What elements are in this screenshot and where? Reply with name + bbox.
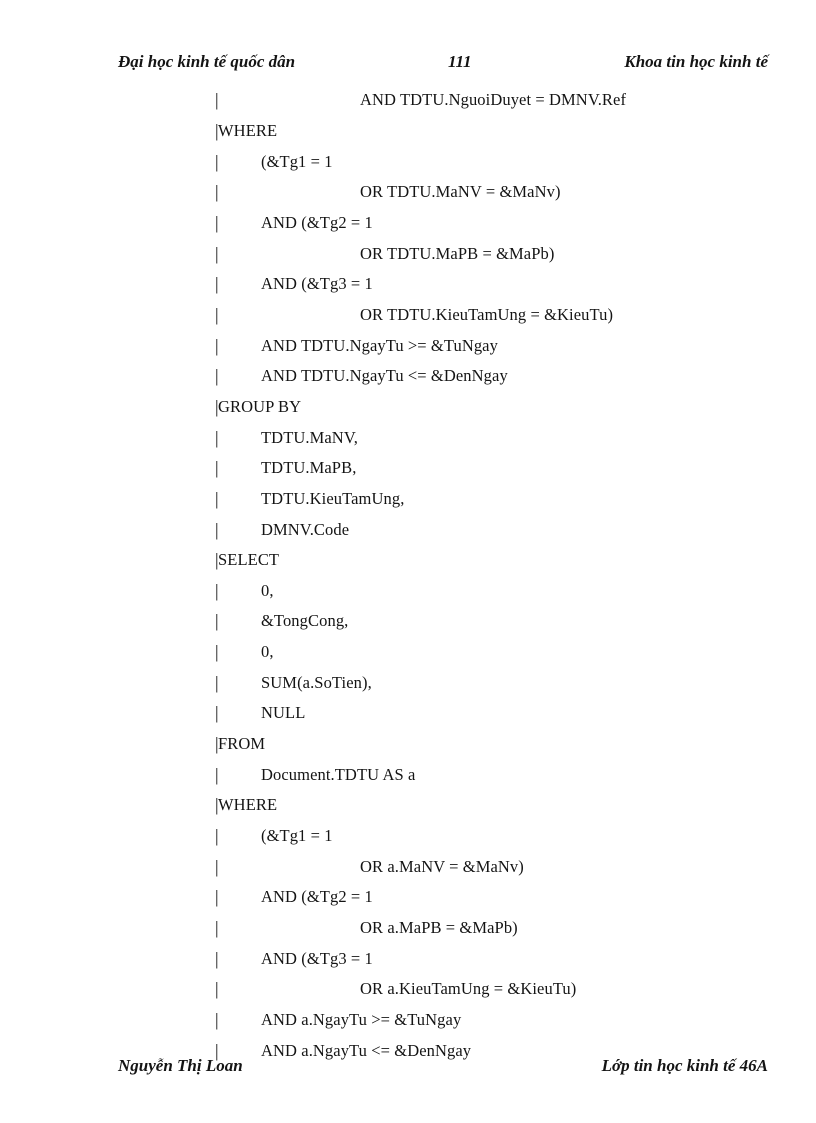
pipe-delimiter: | <box>215 1010 219 1031</box>
pipe-delimiter: | <box>215 366 219 387</box>
pipe-delimiter: | <box>215 458 219 479</box>
footer-class-name: Lớp tin học kinh tế 46A <box>602 1056 768 1076</box>
pipe-delimiter: | <box>215 243 219 264</box>
pipe-delimiter: | <box>215 826 219 847</box>
pipe-delimiter: | <box>215 427 219 448</box>
pipe-delimiter: | <box>215 212 219 233</box>
code-text: OR a.MaPB = &MaPb) <box>360 918 518 938</box>
code-text: AND a.NgayTu >= &TuNgay <box>261 1010 461 1030</box>
code-text: OR a.MaNV = &MaNv) <box>360 857 524 877</box>
header-institution: Đại học kinh tế quốc dân <box>118 52 295 72</box>
code-text: SUM(a.SoTien), <box>261 673 372 693</box>
page-header: Đại học kinh tế quốc dân 111 Khoa tin họ… <box>118 52 768 72</box>
code-text: (&Tg1 = 1 <box>261 152 333 172</box>
pipe-delimiter: | <box>215 703 219 724</box>
code-text: TDTU.MaPB, <box>261 458 356 478</box>
code-text: &TongCong, <box>261 611 348 631</box>
code-text: Document.TDTU AS a <box>261 765 415 785</box>
code-text: AND (&Tg3 = 1 <box>261 949 373 969</box>
pipe-delimiter: | <box>215 856 219 877</box>
pipe-delimiter: | <box>215 918 219 939</box>
code-text: AND TDTU.NgayTu >= &TuNgay <box>261 336 498 356</box>
pipe-delimiter: | <box>215 979 219 1000</box>
code-text: (&Tg1 = 1 <box>261 826 333 846</box>
code-text: AND (&Tg2 = 1 <box>261 213 373 233</box>
page-footer: Nguyễn Thị Loan Lớp tin học kinh tế 46A <box>118 1056 768 1076</box>
pipe-delimiter: | <box>215 948 219 969</box>
pipe-delimiter: | <box>215 182 219 203</box>
pipe-delimiter: | <box>215 611 219 632</box>
code-text: 0, <box>261 642 274 662</box>
page-number: 111 <box>448 52 472 72</box>
code-text: FROM <box>218 734 265 754</box>
code-text: WHERE <box>218 795 277 815</box>
code-text: OR TDTU.MaPB = &MaPb) <box>360 244 554 264</box>
code-text: GROUP BY <box>218 397 301 417</box>
document-page: Đại học kinh tế quốc dân 111 Khoa tin họ… <box>0 0 816 1123</box>
pipe-delimiter: | <box>215 519 219 540</box>
code-text: AND (&Tg2 = 1 <box>261 887 373 907</box>
footer-author-name: Nguyễn Thị Loan <box>118 1056 243 1076</box>
pipe-delimiter: | <box>215 672 219 693</box>
code-text: AND TDTU.NguoiDuyet = DMNV.Ref <box>360 90 626 110</box>
pipe-delimiter: | <box>215 304 219 325</box>
code-text: 0, <box>261 581 274 601</box>
code-text: OR TDTU.KieuTamUng = &KieuTu) <box>360 305 613 325</box>
pipe-delimiter: | <box>215 90 219 111</box>
pipe-delimiter: | <box>215 151 219 172</box>
pipe-delimiter: | <box>215 335 219 356</box>
pipe-delimiter: | <box>215 642 219 663</box>
header-faculty: Khoa tin học kinh tế <box>624 52 768 72</box>
pipe-delimiter: | <box>215 887 219 908</box>
pipe-delimiter: | <box>215 274 219 295</box>
code-text: AND TDTU.NgayTu <= &DenNgay <box>261 366 508 386</box>
code-text: TDTU.MaNV, <box>261 428 358 448</box>
code-text: SELECT <box>218 550 279 570</box>
code-text: OR TDTU.MaNV = &MaNv) <box>360 182 561 202</box>
code-text: AND (&Tg3 = 1 <box>261 274 373 294</box>
pipe-delimiter: | <box>215 764 219 785</box>
code-text: TDTU.KieuTamUng, <box>261 489 404 509</box>
code-text: OR a.KieuTamUng = &KieuTu) <box>360 979 576 999</box>
code-text: DMNV.Code <box>261 520 349 540</box>
code-text: NULL <box>261 703 305 723</box>
code-text: WHERE <box>218 121 277 141</box>
pipe-delimiter: | <box>215 488 219 509</box>
pipe-delimiter: | <box>215 580 219 601</box>
